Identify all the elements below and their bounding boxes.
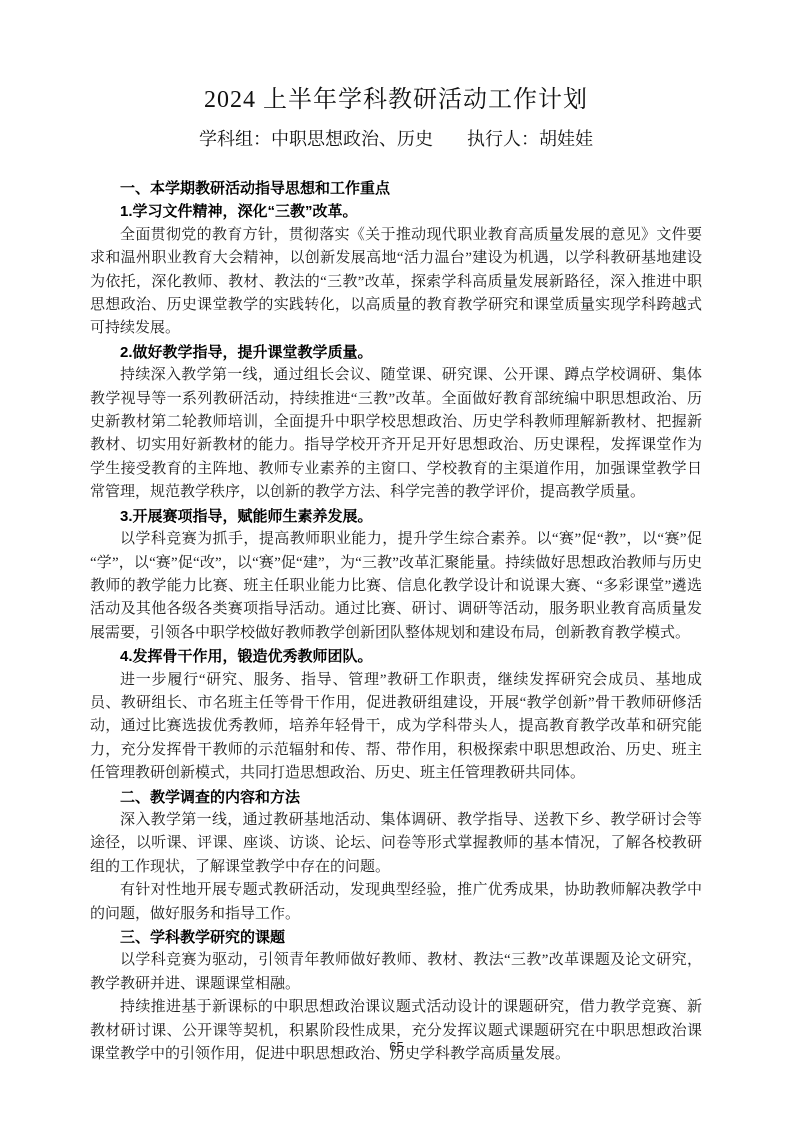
sub-heading: 2.做好教学指导，提升课堂教学质量。 [90,341,702,364]
page-footer: 65 [0,1038,793,1056]
sub-heading: 4.发挥骨干作用，锻造优秀教师团队。 [90,645,702,668]
body-paragraph: 以学科竞赛为抓手，提高教师职业能力，提升学生综合素养。以“赛”促“教”，以“赛”… [90,528,702,645]
document-body: 一、本学期教研活动指导思想和工作重点 1.学习文件精神，深化“三教”改革。 全面… [90,177,702,1066]
body-paragraph: 全面贯彻党的教育方针，贯彻落实《关于推动现代职业教育高质量发展的意见》文件要求和… [90,224,702,341]
body-paragraph: 以学科竞赛为驱动，引领青年教师做好教师、教材、教法“三教”改革课题及论文研究，教… [90,949,702,996]
page-number-label: 65 [389,1039,403,1054]
body-paragraph: 持续深入教学第一线，通过组长会议、随堂课、研究课、公开课、蹲点学校调研、集体教学… [90,364,702,504]
body-paragraph: 有针对性地开展专题式教研活动，发现典型经验，推广优秀成果，协助教师解决教学中的问… [90,879,702,926]
section-heading: 二、教学调查的内容和方法 [90,786,702,809]
subject-group-label: 学科组：中职思想政治、历史 [199,129,433,149]
section-heading: 三、学科教学研究的课题 [90,926,702,949]
document-subtitle: 学科组：中职思想政治、历史执行人：胡娃娃 [90,127,702,151]
sub-heading: 1.学习文件精神，深化“三教”改革。 [90,200,702,223]
document-page: 2024 上半年学科教研活动工作计划 学科组：中职思想政治、历史执行人：胡娃娃 … [0,0,793,1122]
sub-heading: 3.开展赛项指导，赋能师生素养发展。 [90,505,702,528]
body-paragraph: 进一步履行“研究、服务、指导、管理”教研工作职责，继续发挥研究会成员、基地成员、… [90,669,702,786]
section-heading: 一、本学期教研活动指导思想和工作重点 [90,177,702,200]
executor-label: 执行人：胡娃娃 [467,129,593,149]
body-paragraph: 深入教学第一线，通过教研基地活动、集体调研、教学指导、送教下乡、教学研讨会等途径… [90,809,702,879]
document-title: 2024 上半年学科教研活动工作计划 [90,84,702,116]
